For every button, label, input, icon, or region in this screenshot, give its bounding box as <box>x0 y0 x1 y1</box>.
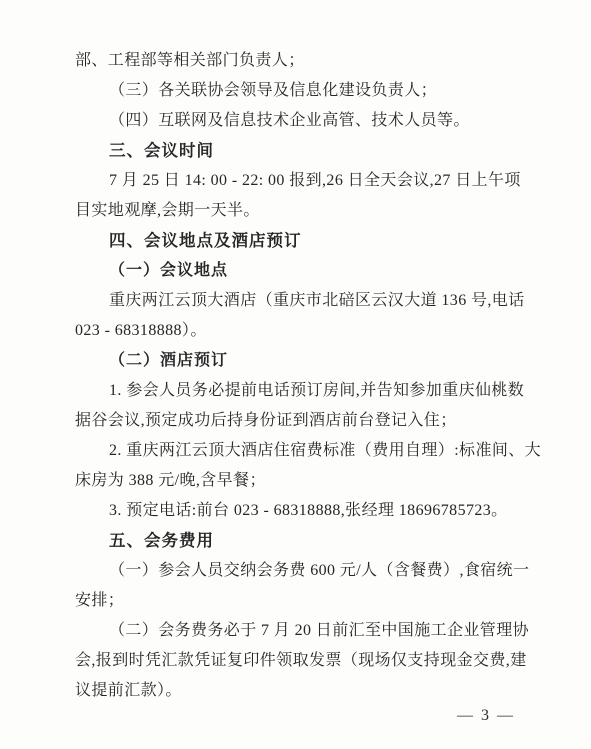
text-line: 3. 预定电话:前台 023 - 68318888,张经理 1869678572… <box>75 496 551 526</box>
subsection-heading: （二）酒店预订 <box>75 346 551 376</box>
text-line: 议提前汇款）。 <box>75 676 551 706</box>
page-number: — 3 — <box>457 707 515 725</box>
document-page: 部、工程部等相关部门负责人；（三）各关联协会领导及信息化建设负责人；（四）互联网… <box>0 0 591 749</box>
text-line: 2. 重庆两江云顶大酒店住宿费标准（费用自理）:标准间、大 <box>75 436 551 466</box>
text-line: 7 月 25 日 14: 00 - 22: 00 报到,26 日全天会议,27 … <box>75 166 551 196</box>
document-body: 部、工程部等相关部门负责人；（三）各关联协会领导及信息化建设负责人；（四）互联网… <box>0 0 591 706</box>
text-line: 据谷会议,预定成功后持身份证到酒店前台登记入住； <box>75 406 551 436</box>
text-line: 目实地观摩,会期一天半。 <box>75 196 551 226</box>
text-line: （一）参会人员交纳会务费 600 元/人（含餐费）,食宿统一 <box>75 556 551 586</box>
text-line: 会,报到时凭汇款凭证复印件领取发票（现场仅支持现金交费,建 <box>75 646 551 676</box>
section-heading: 五、会务费用 <box>75 526 551 556</box>
text-line: （四）互联网及信息技术企业高管、技术人员等。 <box>75 106 551 136</box>
text-line: 1. 参会人员务必提前电话预订房间,并告知参加重庆仙桃数 <box>75 376 551 406</box>
text-line: （二）会务费务必于 7 月 20 日前汇至中国施工企业管理协 <box>75 616 551 646</box>
section-heading: 四、会议地点及酒店预订 <box>75 226 551 256</box>
text-line: （三）各关联协会领导及信息化建设负责人； <box>75 76 551 106</box>
text-line: 床房为 388 元/晚,含早餐； <box>75 466 551 496</box>
text-line: 部、工程部等相关部门负责人； <box>75 46 551 76</box>
text-line: 023 - 68318888）。 <box>75 316 551 346</box>
section-heading: 三、会议时间 <box>75 136 551 166</box>
subsection-heading: （一）会议地点 <box>75 256 551 286</box>
text-line: 安排； <box>75 586 551 616</box>
text-line: 重庆两江云顶大酒店（重庆市北碚区云汉大道 136 号,电话 <box>75 286 551 316</box>
